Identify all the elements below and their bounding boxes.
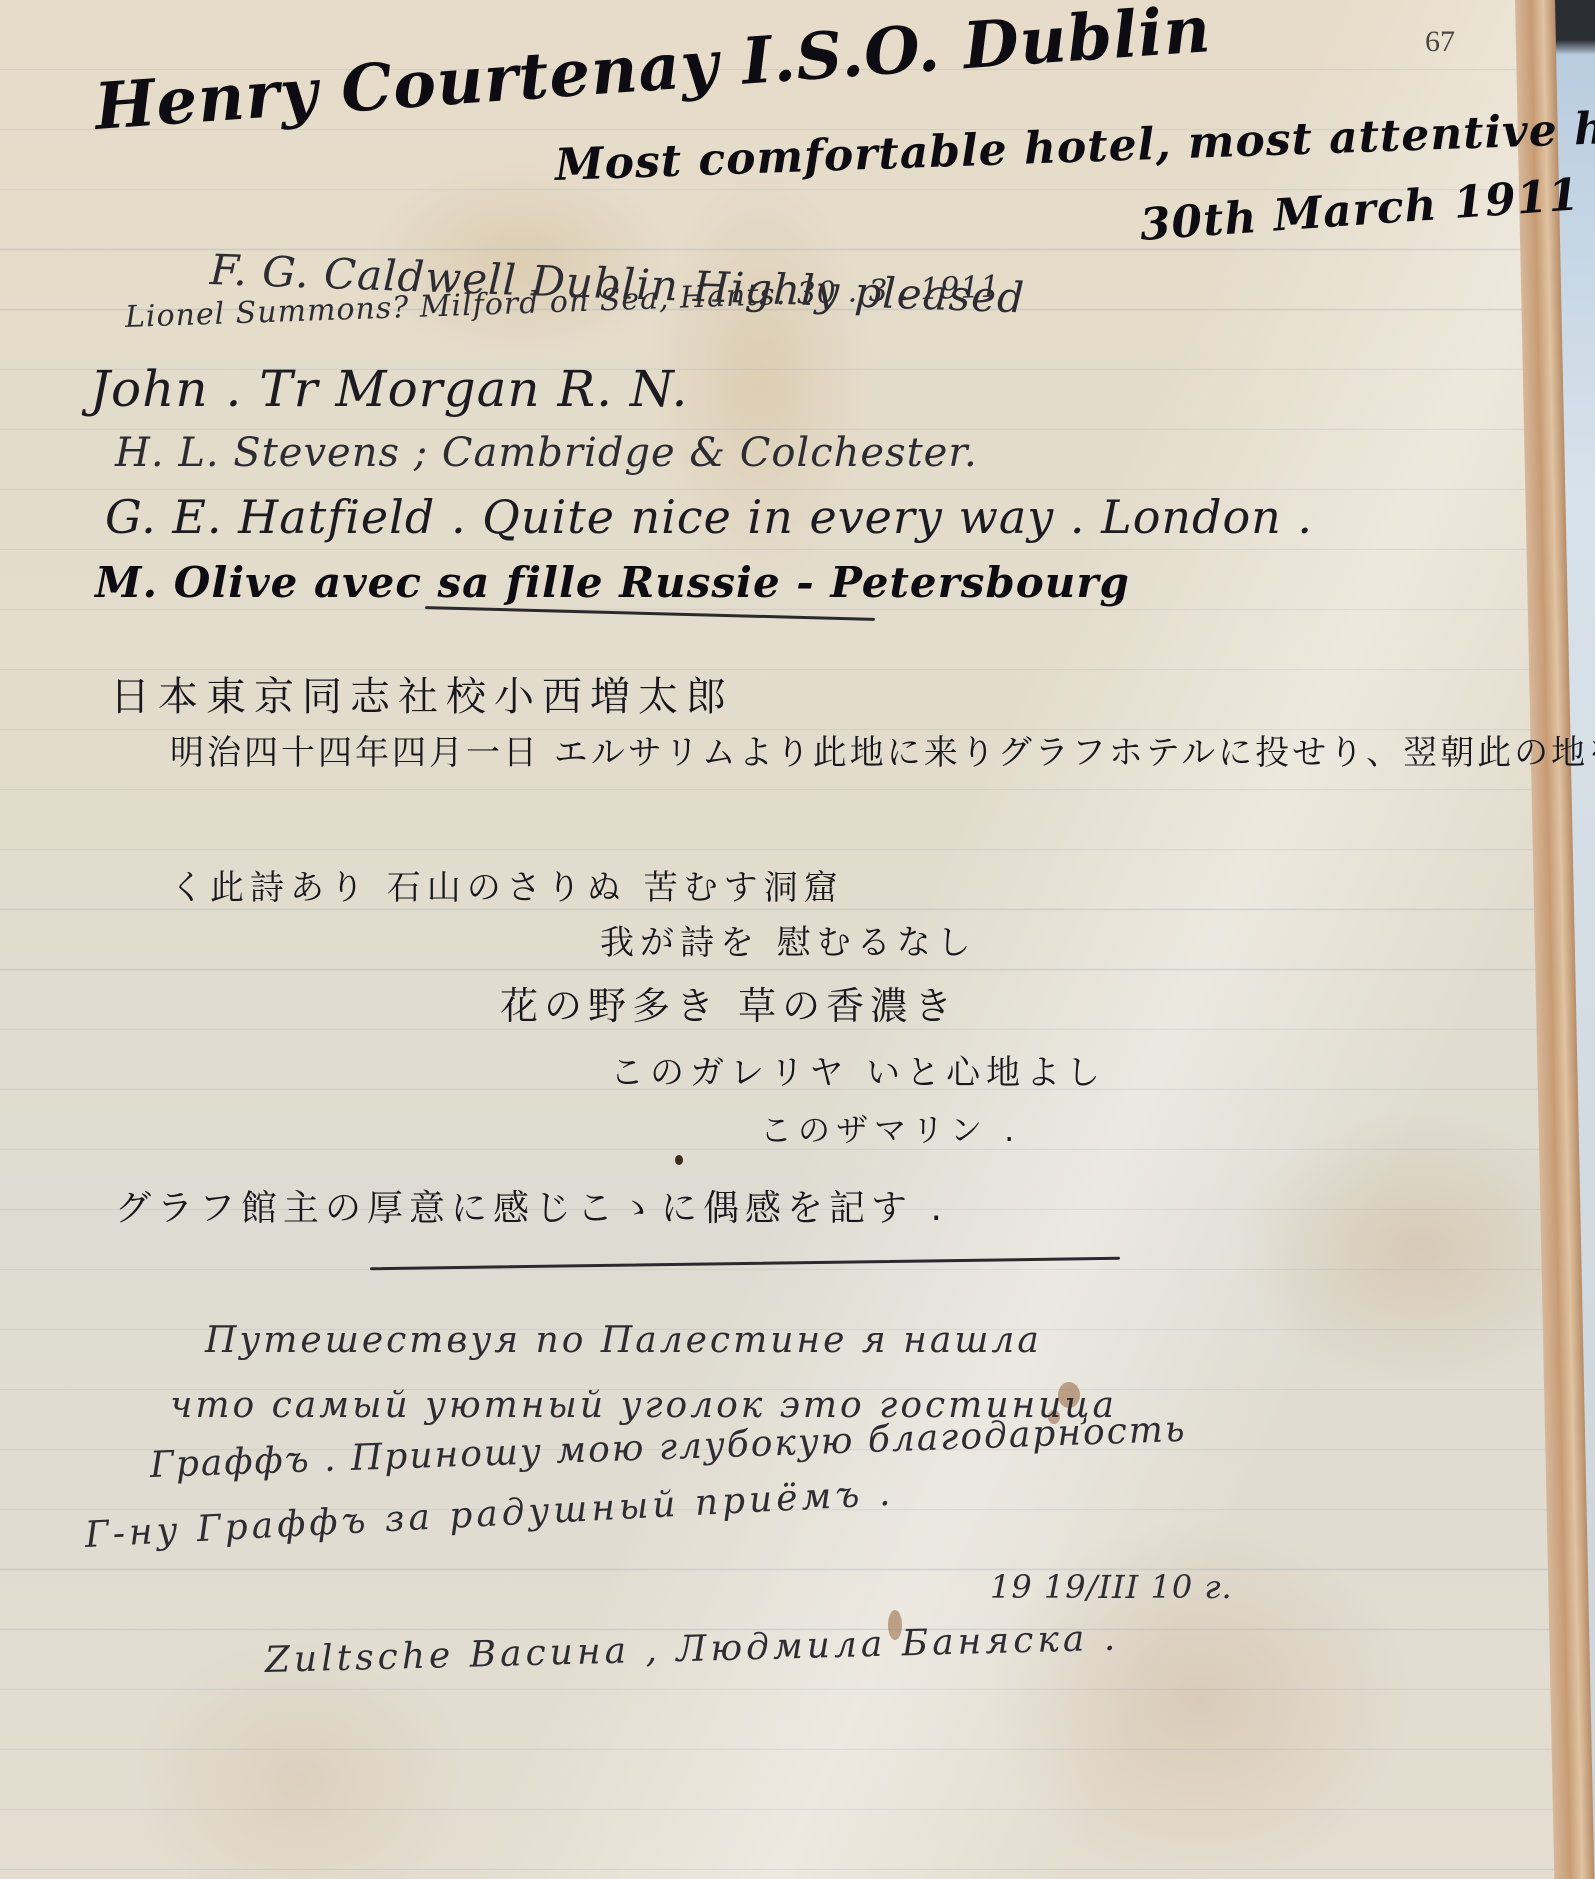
entry-stevens: H. L. Stevens ; Cambridge & Colchester. [115,430,978,476]
ink-dot [675,1155,683,1165]
entry-line: 日本東京同志社校小西増太郎 [110,665,734,722]
entry-olive: M. Olive avec sa fille Russie - Petersbo… [95,558,1130,607]
entry-hatfield: G. E. Hatfield . Quite nice in every way… [105,490,1313,544]
entry-line: グラフ館主の厚意に感じこゝに偶感を記す . [115,1180,948,1231]
entry-line: 明治四十四年四月一日 エルサリムより此地に来りグラフホテルに投せり、翌朝此の地を… [170,725,1595,774]
entry-line: Путешествуя по Палестине я нашла [205,1320,1042,1361]
entry-line: 花の野多き 草の香濃き [500,975,958,1030]
entry-line: このザマリン . [760,1105,1020,1151]
entry-line: 我が詩を 慰むるなし [600,915,977,964]
entry-date: 19 19/III 10 г. [990,1568,1233,1606]
entry-line: このガレリヤ いと心地よし [610,1045,1106,1094]
entry-line: く此詩あり 石山のさりぬ 苦むす洞窟 [170,860,844,909]
entry-morgan: John . Tr Morgan R. N. [90,360,688,418]
page-number: 67 [1425,25,1455,59]
